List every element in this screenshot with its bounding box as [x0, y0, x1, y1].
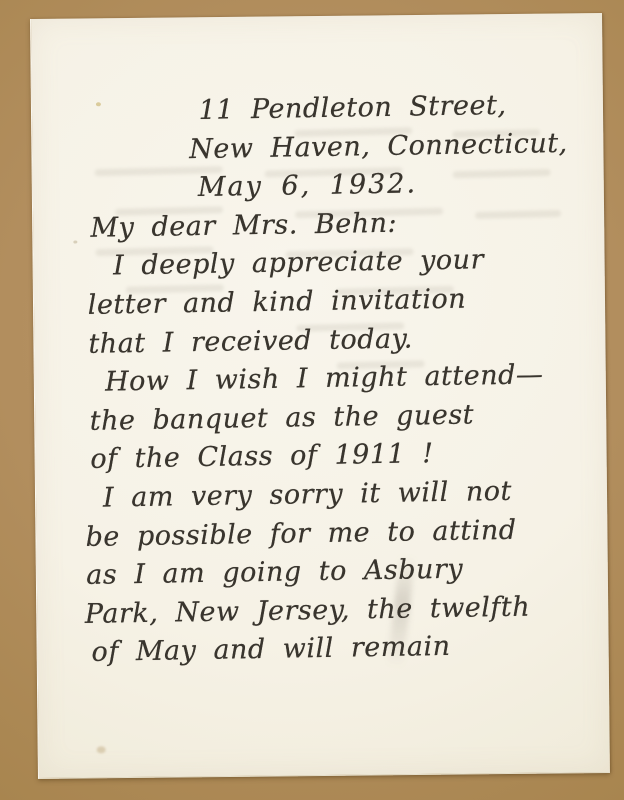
- letter-line-date: May 6, 1932.: [198, 162, 604, 207]
- photo-mat-background: 11 Pendleton Street, New Haven, Connecti…: [0, 0, 624, 800]
- paper-stain: [97, 746, 106, 753]
- letter-body: 11 Pendleton Street, New Haven, Connecti…: [29, 11, 611, 673]
- letter-line-address-street: 11 Pendleton Street,: [198, 85, 602, 130]
- letter-page: 11 Pendleton Street, New Haven, Connecti…: [30, 13, 610, 779]
- letter-line-address-city: New Haven, Connecticut,: [189, 124, 603, 169]
